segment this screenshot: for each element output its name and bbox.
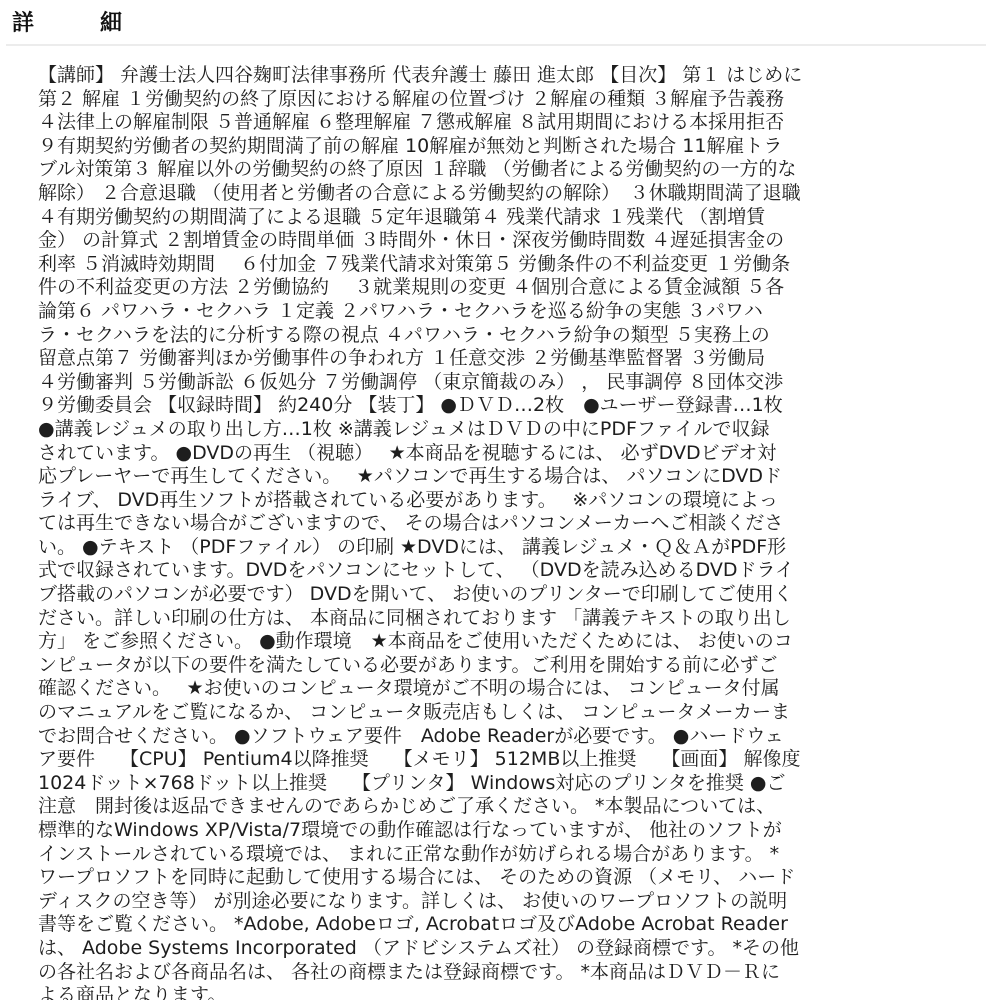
- detail-line: 書等をご覧ください。 *Adobe, Adobeロゴ, Acrobatロゴ及びA…: [0, 913, 1000, 937]
- detail-line: 応プレーヤーで再生してください。 ★パソコンで再生する場合は、 パソコンにDVD…: [0, 465, 1000, 489]
- detail-line: ては再生できない場合がございますので、 その場合はパソコンメーカーへご相談くださ: [0, 512, 1000, 536]
- detail-line: は、 Adobe Systems Incorporated （アドビシステムズ社…: [0, 937, 1000, 961]
- detail-line: 【講師】 弁護士法人四谷麹町法律事務所 代表弁護士 藤田 進太郎 【目次】 第１…: [0, 64, 1000, 88]
- detail-line: い。 ●テキスト （PDFファイル） の印刷 ★DVDには、 講義レジュメ・Ｑ＆…: [0, 536, 1000, 560]
- detail-line: ンピュータが以下の要件を満たしている必要があります。ご利用を開始する前に必ずご: [0, 654, 1000, 678]
- detail-line: ブル対策第３ 解雇以外の労働契約の終了原因 １辞職 （労働者による労働契約の一方…: [0, 158, 1000, 182]
- detail-line: 注意 開封後は返品できませんのであらかじめご了承ください。 *本製品については、: [0, 795, 1000, 819]
- detail-line: 方」 をご参照ください。 ●動作環境 ★本商品をご使用いただくためには、 お使い…: [0, 630, 1000, 654]
- detail-line: 標準的なWindows XP/Vista/7環境での動作確認は行なっていますが、…: [0, 819, 1000, 843]
- detail-body: 【講師】 弁護士法人四谷麹町法律事務所 代表弁護士 藤田 進太郎 【目次】 第１…: [0, 64, 1000, 1000]
- detail-line: ださい。詳しい印刷の仕方は、 本商品に同梱されております 「講義テキストの取り出…: [0, 607, 1000, 631]
- detail-line: ア要件 【CPU】 Pentium4以降推奨 【メモリ】 512MB以上推奨 【…: [0, 748, 1000, 772]
- detail-line: ●講義レジュメの取り出し方…1枚 ※講義レジュメはＤＶＤの中にPDFファイルで収…: [0, 418, 1000, 442]
- detail-line: 件の不利益変更の方法 ２労働協約 ３就業規則の変更 ４個別合意による賃金減額 ５…: [0, 276, 1000, 300]
- section-header: 詳 細: [12, 4, 144, 38]
- detail-line: 解除） ２合意退職 （使用者と労働者の合意による労働契約の解除） ３休職期間満了…: [0, 182, 1000, 206]
- detail-line: ライブ、 DVD再生ソフトが搭載されている必要があります。 ※パソコンの環境によ…: [0, 489, 1000, 513]
- section-title: 詳 細: [12, 6, 144, 37]
- detail-line: 金） の計算式 ２割増賃金の時間単価 ３時間外・休日・深夜労働時間数 ４遅延損害…: [0, 229, 1000, 253]
- detail-line: ディスクの空き等） が別途必要になります。詳しくは、 お使いのワープロソフトの説…: [0, 890, 1000, 914]
- detail-line: 論第６ パワハラ・セクハラ １定義 ２パワハラ・セクハラを巡る紛争の実態 ３パワ…: [0, 300, 1000, 324]
- divider: [6, 44, 986, 46]
- detail-line: ９労働委員会 【収録時間】 約240分 【装丁】 ●ＤＶＤ…2枚 ●ユーザー登録…: [0, 394, 1000, 418]
- detail-line: ４法律上の解雇制限 ５普通解雇 ６整理解雇 ７懲戒解雇 ８試用期間における本採用…: [0, 111, 1000, 135]
- detail-line: ブ搭載のパソコンが必要です） DVDを開いて、 お使いのプリンターで印刷してご使…: [0, 583, 1000, 607]
- detail-line: インストールされている環境では、 まれに正常な動作が妨げられる場合があります。 …: [0, 843, 1000, 867]
- detail-line: ラ・セクハラを法的に分析する際の視点 ４パワハラ・セクハラ紛争の類型 ５実務上の: [0, 324, 1000, 348]
- detail-line: 利率 ５消滅時効期間 ６付加金 ７残業代請求対策第５ 労働条件の不利益変更 １労…: [0, 253, 1000, 277]
- detail-line: 式で収録されています。DVDをパソコンにセットして、 （DVDを読み込めるDVD…: [0, 559, 1000, 583]
- detail-line: のマニュアルをご覧になるか、 コンピュータ販売店もしくは、 コンピュータメーカー…: [0, 701, 1000, 725]
- detail-line: よる商品となります。: [0, 984, 1000, 1000]
- detail-line: されています。 ●DVDの再生 （視聴） ★本商品を視聴するには、 必ずDVDビ…: [0, 442, 1000, 466]
- detail-line: 1024ドット×768ドット以上推奨 【プリンタ】 Windows対応のプリンタ…: [0, 772, 1000, 796]
- detail-line: でお問合せください。 ●ソフトウェア要件 Adobe Readerが必要です。 …: [0, 725, 1000, 749]
- detail-line: ４有期労働契約の期間満了による退職 ５定年退職第４ 残業代請求 １残業代 （割増…: [0, 206, 1000, 230]
- detail-line: の各社名および各商品名は、 各社の商標または登録商標です。 *本商品はＤＶＤ－Ｒ…: [0, 961, 1000, 985]
- detail-line: ４労働審判 ５労働訴訟 ６仮処分 ７労働調停 （東京簡裁のみ） ， 民事調停 ８…: [0, 371, 1000, 395]
- detail-line: ワープロソフトを同時に起動して使用する場合には、 そのための資源 （メモリ、 ハ…: [0, 866, 1000, 890]
- detail-line: 留意点第７ 労働審判ほか労働事件の争われ方 １任意交渉 ２労働基準監督署 ３労働…: [0, 347, 1000, 371]
- detail-line: 確認ください。 ★お使いのコンピュータ環境がご不明の場合には、 コンピュータ付属: [0, 677, 1000, 701]
- detail-line: 第２ 解雇 １労働契約の終了原因における解雇の位置づけ ２解雇の種類 ３解雇予告…: [0, 88, 1000, 112]
- detail-line: ９有期契約労働者の契約期間満了前の解雇 10解雇が無効と判断された場合 11解雇…: [0, 135, 1000, 159]
